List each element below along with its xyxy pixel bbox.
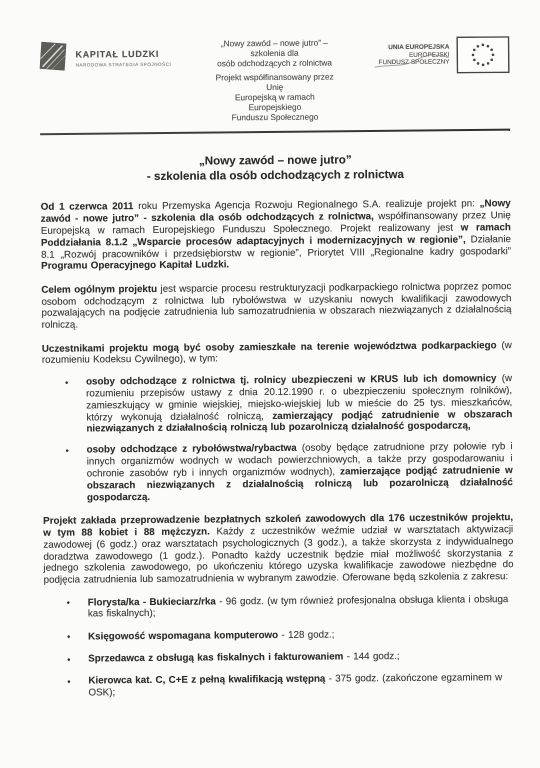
participants-run-lead: Uczestnikami projektu mogą być osoby zam…: [42, 340, 502, 355]
training-driver-name: Kierowca kat. C, C+E z pełną kwalifikacj…: [88, 674, 325, 687]
scanned-document-page: KAPITAŁ LUDZKI NARODOWA STRATEGIA SPÓJNO…: [0, 0, 540, 768]
bullet-icon: •: [66, 445, 87, 504]
intro-run-program: Programu Operacyjnego Kapitał Ludzki.: [41, 260, 229, 272]
eu-wordmark-line1: UNIA EUROPEJSKA: [378, 44, 449, 52]
kapital-ludzki-logo-block: KAPITAŁ LUDZKI NARODOWA STRATEGIA SPÓJNO…: [39, 36, 207, 77]
pen-scribble: [372, 52, 450, 71]
list-item-fishermen-text: osoby odchodzące z rybołówstwa/rybactwa …: [87, 441, 513, 504]
kapital-ludzki-logo-icon: [39, 40, 68, 78]
participants-paragraph: Uczestnikami projektu mogą być osoby zam…: [42, 340, 512, 367]
bullet-icon: •: [67, 631, 88, 643]
header-project-title: „Nowy zawód – nowe jutro” – szkolenia dl…: [207, 37, 341, 68]
goal-run-lead: Celem ogólnym projektu: [41, 284, 160, 296]
header-cofinancing-line2: Europejską w ramach Europejskiego: [208, 91, 342, 112]
trainings-list: • Florysta/ka - Bukieciarz/rka - 96 godz…: [44, 594, 515, 700]
eu-flag-icon: [456, 36, 509, 78]
intro-run-date: Od 1 czerwca 2011: [41, 201, 139, 213]
list-item-farmers-text: osoby odchodzące z rolnictwa tj. rolnicy…: [86, 373, 512, 436]
training-salesperson-details: - 144 godz.;: [343, 651, 399, 662]
header-divider: [40, 129, 510, 136]
list-item-fishermen: • osoby odchodzące z rybołówstwa/rybactw…: [43, 441, 513, 504]
participants-list: • osoby odchodzące z rolnictwa tj. rolni…: [42, 373, 513, 504]
training-item-florist: • Florysta/ka - Bukieciarz/rka - 96 godz…: [44, 594, 514, 621]
page-title-line2: - szkolenia dla osób odchodzących z roln…: [40, 167, 510, 185]
eu-wordmark: UNIA EUROPEJSKA EUROPEJSKI FUNDUSZ SPOŁE…: [378, 44, 449, 80]
document-header: KAPITAŁ LUDZKI NARODOWA STRATEGIA SPÓJNO…: [39, 34, 510, 124]
training-item-driver-text: Kierowca kat. C, C+E z pełną kwalifikacj…: [88, 673, 514, 700]
page-title: „Nowy zawód – nowe jutro” - szkolenia dl…: [40, 152, 510, 185]
bullet-icon: •: [67, 654, 88, 666]
training-accounting-details: - 128 godz.;: [278, 629, 334, 640]
kapital-ludzki-name: KAPITAŁ LUDZKI: [75, 49, 171, 60]
eu-logo-block: UNIA EUROPEJSKA EUROPEJSKI FUNDUSZ SPOŁE…: [341, 34, 509, 79]
training-accounting-name: Księgowość wspomagana komputerowo: [88, 630, 278, 642]
training-item-salesperson-text: Sprzedawca z obsługą kas fiskalnych i fa…: [88, 650, 514, 665]
intro-paragraph: Od 1 czerwca 2011 roku Przemyska Agencja…: [41, 198, 512, 273]
bullet-icon: •: [67, 597, 88, 621]
fishermen-run-lead: osoby odchodzące z rybołówstwa/rybactwa: [87, 443, 302, 456]
training-item-florist-text: Florysta/ka - Bukieciarz/rka - 96 godz. …: [88, 594, 514, 621]
goal-paragraph: Celem ogólnym projektu jest wsparcie pro…: [41, 281, 511, 332]
project-scope-paragraph: Projekt zakłada przeprowadzenie bezpłatn…: [43, 512, 514, 587]
training-item-salesperson: • Sprzedawca z obsługą kas fiskalnych i …: [44, 650, 514, 666]
header-project-caption: „Nowy zawód – nowe jutro” – szkolenia dl…: [207, 37, 342, 122]
training-item-driver: • Kierowca kat. C, C+E z pełną kwalifika…: [44, 673, 514, 700]
header-project-title-line2: osób odchodzących z rolnictwa: [208, 57, 342, 68]
header-cofinancing-line1: Projekt współfinansowany przez Unię: [208, 71, 342, 92]
kapital-ludzki-tagline: NARODOWA STRATEGIA SPÓJNOŚCI: [76, 61, 172, 67]
training-florist-name: Florysta/ka - Bukieciarz/rka: [88, 596, 216, 608]
training-salesperson-name: Sprzedawca z obsługą kas fiskalnych i fa…: [88, 652, 343, 665]
training-item-accounting: • Księgowość wspomagana komputerowo - 12…: [44, 628, 514, 644]
header-cofinancing-line3: Funduszu Społecznego: [208, 111, 342, 122]
training-item-accounting-text: Księgowość wspomagana komputerowo - 128 …: [88, 628, 514, 643]
bullet-icon: •: [67, 676, 88, 700]
kapital-ludzki-wordmark: KAPITAŁ LUDZKI NARODOWA STRATEGIA SPÓJNO…: [75, 49, 171, 78]
header-cofinancing-note: Projekt współfinansowany przez Unię Euro…: [208, 71, 342, 122]
bullet-icon: •: [65, 377, 86, 436]
header-project-title-line1: „Nowy zawód – nowe jutro” – szkolenia dl…: [207, 37, 341, 58]
list-item-farmers: • osoby odchodzące z rolnictwa tj. rolni…: [42, 373, 512, 436]
